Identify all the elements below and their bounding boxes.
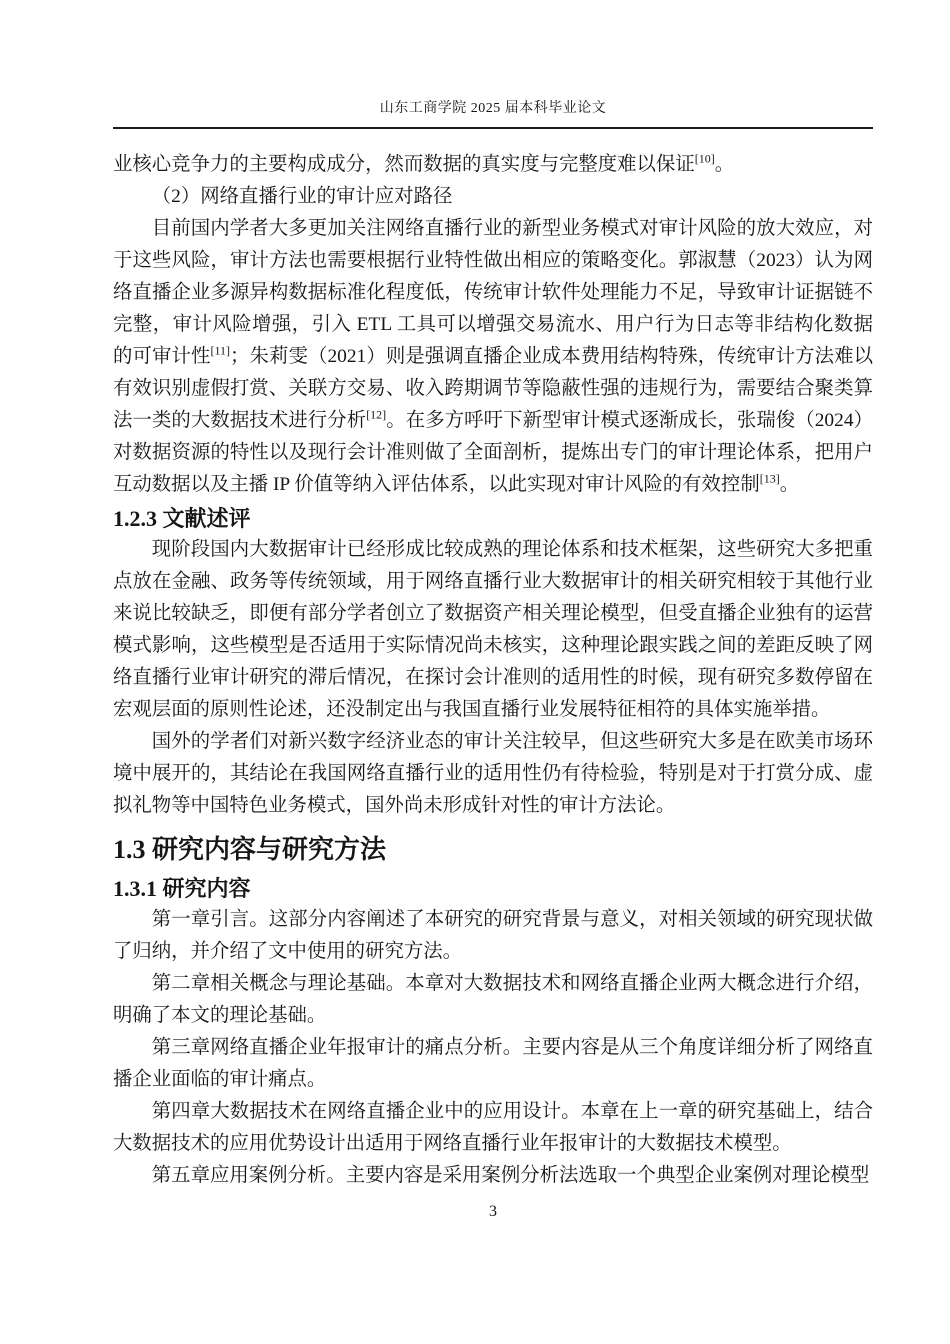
paragraph: 第五章应用案例分析。主要内容是采用案例分析法选取一个典型企业案例对理论模型 [113,1160,873,1192]
section-heading: 1.2.3 文献述评 [113,504,873,534]
citation-ref: [10] [695,152,715,166]
paragraph: 第一章引言。这部分内容阐述了本研究的研究背景与意义，对相关领域的研究现状做了归纳… [113,904,873,968]
paragraph: 目前国内学者大多更加关注网络直播行业的新型业务模式对审计风险的放大效应，对于这些… [113,213,873,501]
running-head-title: 山东工商学院 2025 届本科毕业论文 [113,98,873,127]
paragraph: 业核心竞争力的主要构成成分，然而数据的真实度与完整度难以保证[10]。 [113,149,873,181]
paragraph: 第二章相关概念与理论基础。本章对大数据技术和网络直播企业两大概念进行介绍，明确了… [113,968,873,1032]
paragraph: 国外的学者们对新兴数字经济业态的审计关注较早，但这些研究大多是在欧美市场环境中展… [113,726,873,822]
section-heading: 1.3 研究内容与研究方法 [113,830,873,870]
thesis-page: 山东工商学院 2025 届本科毕业论文 业核心竞争力的主要构成成分，然而数据的真… [0,0,950,1344]
page-header: 山东工商学院 2025 届本科毕业论文 [113,0,873,129]
section-heading: 1.3.1 研究内容 [113,874,873,904]
page-footer: 3 [113,1202,873,1222]
citation-ref: [13] [760,472,780,486]
paragraph: 现阶段国内大数据审计已经形成比较成熟的理论体系和技术框架，这些研究大多把重点放在… [113,534,873,726]
paragraph: （2）网络直播行业的审计应对路径 [113,181,873,213]
paragraph: 第四章大数据技术在网络直播企业中的应用设计。本章在上一章的研究基础上，结合大数据… [113,1096,873,1160]
paragraph: 第三章网络直播企业年报审计的痛点分析。主要内容是从三个角度详细分析了网络直播企业… [113,1032,873,1096]
header-rule [113,127,873,129]
citation-ref: [12] [366,408,386,422]
document-body: 业核心竞争力的主要构成成分，然而数据的真实度与完整度难以保证[10]。（2）网络… [113,149,873,1192]
citation-ref: [11] [210,344,230,358]
page-number: 3 [489,1203,497,1220]
